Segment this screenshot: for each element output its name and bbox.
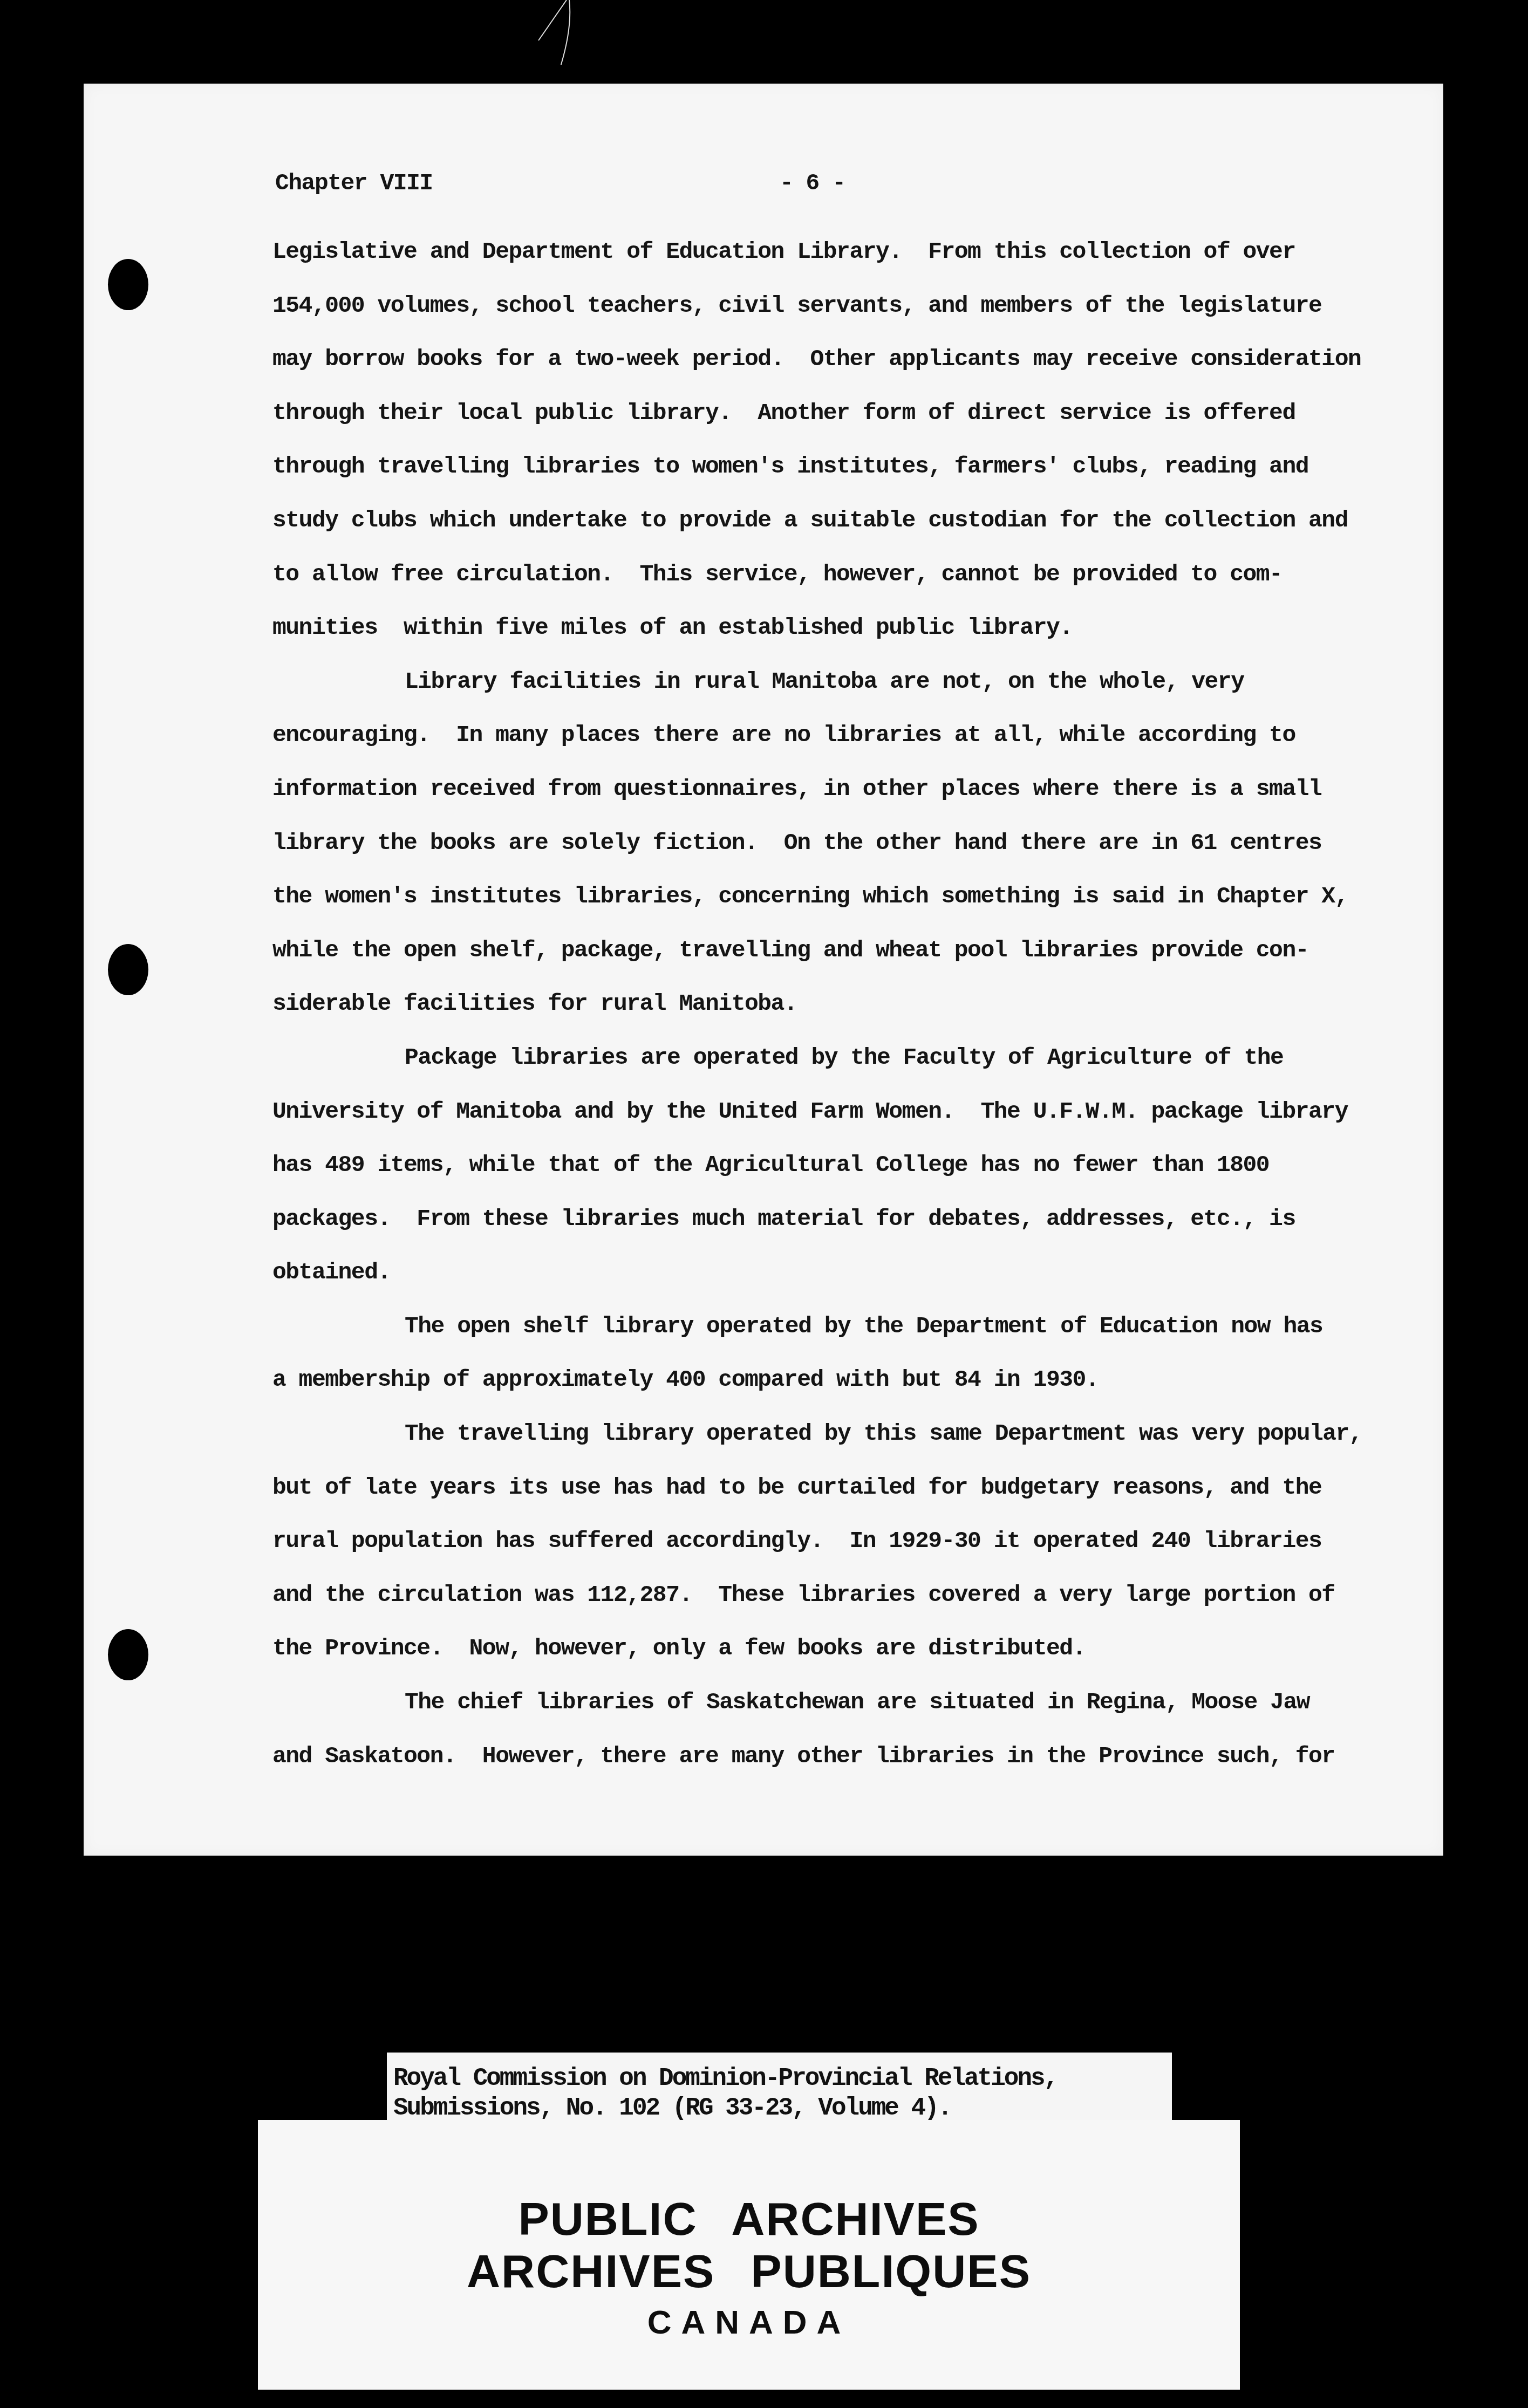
text-line: the Province. Now, however, only a few b… [272, 1622, 1476, 1675]
text-line: Library facilities in rural Manitoba are… [272, 655, 1476, 709]
body-text: Legislative and Department of Education … [272, 225, 1476, 1783]
text-line: through their local public library. Anot… [272, 386, 1476, 440]
text-line: may borrow books for a two-week period. … [272, 332, 1476, 386]
text-line: The chief libraries of Saskatchewan are … [272, 1675, 1476, 1729]
text-line: through travelling libraries to women's … [272, 440, 1476, 494]
text-line: rural population has suffered accordingl… [272, 1514, 1476, 1568]
archives-stamp-line-3: CANADA [258, 2303, 1240, 2342]
text-line: Legislative and Department of Education … [272, 225, 1476, 279]
text-line: munities within five miles of an establi… [272, 601, 1476, 655]
archives-stamp-line-2: ARCHIVES PUBLIQUES [258, 2245, 1240, 2298]
citation-line-1: Royal Commission on Dominion-Provincial … [393, 2064, 1057, 2092]
text-line: The open shelf library operated by the D… [272, 1299, 1476, 1353]
text-line: a membership of approximately 400 compar… [272, 1353, 1476, 1407]
text-line: siderable facilities for rural Manitoba. [272, 977, 1476, 1031]
page-header: Chapter VIII - 6 - [275, 170, 1354, 202]
text-line: study clubs which undertake to provide a… [272, 494, 1476, 548]
archives-stamp-line-1: PUBLIC ARCHIVES [258, 2193, 1240, 2246]
text-line: library the books are solely fiction. On… [272, 816, 1476, 870]
film-scratch-mark [513, 0, 577, 65]
text-line: 154,000 volumes, school teachers, civil … [272, 279, 1476, 333]
text-line: and the circulation was 112,287. These l… [272, 1568, 1476, 1622]
chapter-label: Chapter VIII [275, 170, 433, 196]
text-line: packages. From these libraries much mate… [272, 1192, 1476, 1246]
text-line: while the open shelf, package, travellin… [272, 923, 1476, 977]
archives-stamp: PUBLIC ARCHIVES ARCHIVES PUBLIQUES CANAD… [258, 2120, 1240, 2390]
text-line: has 489 items, while that of the Agricul… [272, 1138, 1476, 1192]
punch-hole-bottom [108, 1629, 148, 1680]
text-line: obtained. [272, 1246, 1476, 1299]
text-line: Package libraries are operated by the Fa… [272, 1031, 1476, 1085]
text-line: encouraging. In many places there are no… [272, 708, 1476, 762]
punch-hole-middle [108, 944, 148, 995]
text-line: but of late years its use has had to be … [272, 1461, 1476, 1515]
text-line: the women's institutes libraries, concer… [272, 870, 1476, 923]
page-number: - 6 - [780, 170, 845, 196]
typed-page: Chapter VIII - 6 - Legislative and Depar… [84, 84, 1443, 1856]
text-line: information received from questionnaires… [272, 762, 1476, 816]
punch-hole-top [108, 259, 148, 310]
text-line: and Saskatoon. However, there are many o… [272, 1729, 1476, 1783]
text-line: The travelling library operated by this … [272, 1407, 1476, 1461]
citation-line-2: Submissions, No. 102 (RG 33-23, Volume 4… [393, 2094, 951, 2122]
text-line: to allow free circulation. This service,… [272, 548, 1476, 601]
text-line: University of Manitoba and by the United… [272, 1085, 1476, 1139]
